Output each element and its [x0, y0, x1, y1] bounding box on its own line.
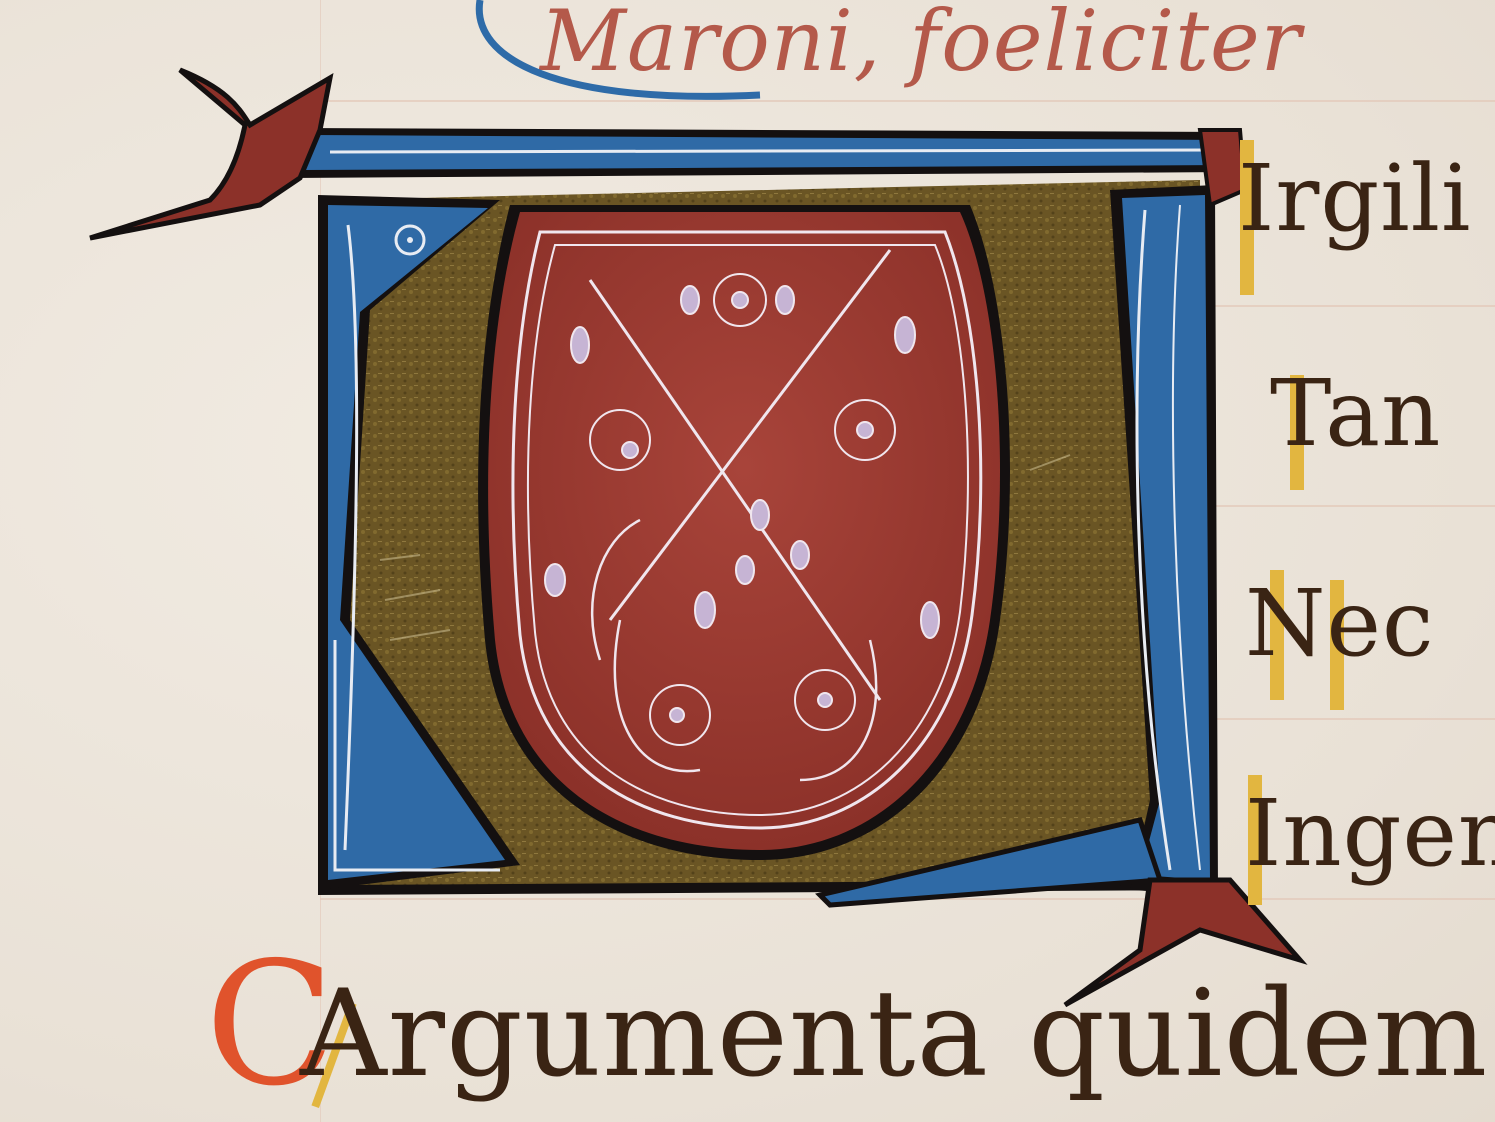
text-line-3: Nec	[1245, 570, 1434, 677]
text-line-2: Tan	[1270, 360, 1441, 467]
text-line-4: Ingen	[1245, 780, 1495, 887]
text-line-1: Irgili	[1238, 145, 1471, 252]
bottom-text-line: Argumenta quidem	[300, 965, 1488, 1104]
